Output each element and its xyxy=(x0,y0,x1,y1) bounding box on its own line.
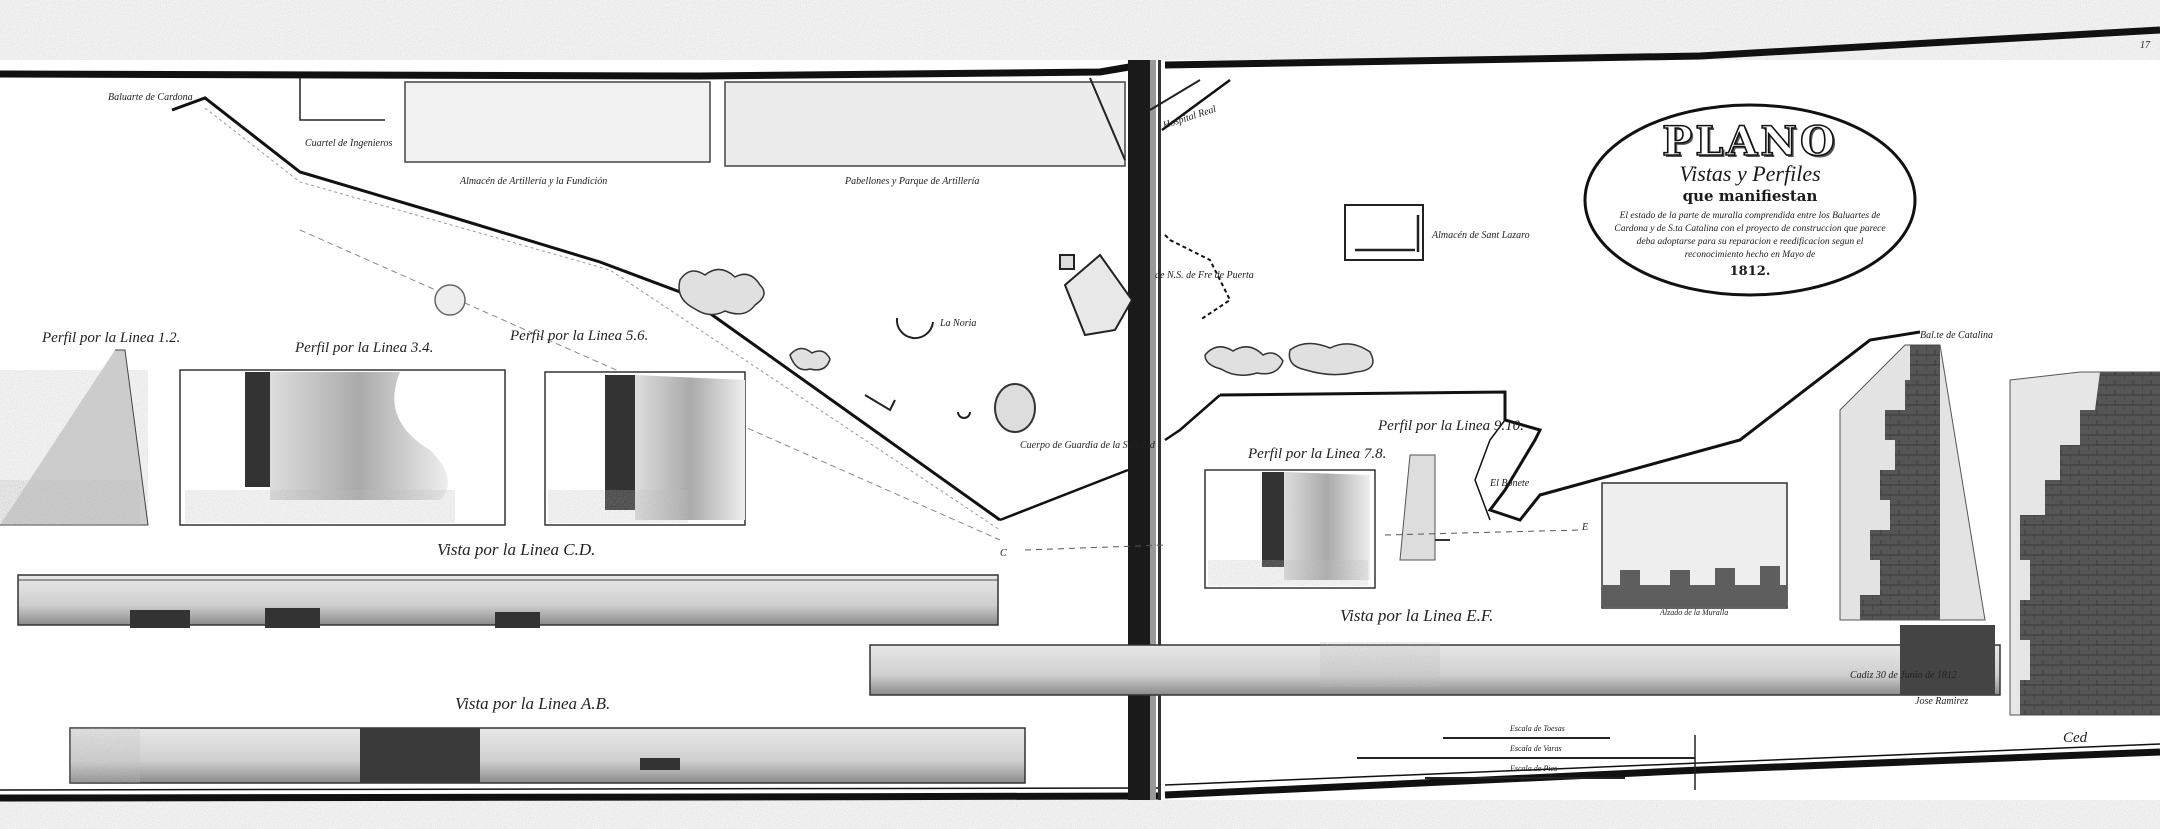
left-buildings xyxy=(300,78,1200,166)
profile-1-2 xyxy=(0,350,148,525)
title-subtitle: Vistas y Perfiles xyxy=(1585,162,1915,186)
label-cuerpo-guardia: Cuerpo de Guardia de la Soledad xyxy=(1020,440,1155,451)
title-cartouche: PLANO Vistas y Perfiles que manifiestan … xyxy=(1585,112,1915,292)
label-cuartel-ingenieros: Cuartel de Ingenieros xyxy=(305,138,392,149)
label-almacen: Almacén de Sant Lazaro xyxy=(1432,230,1530,241)
profile-sections-left xyxy=(0,350,745,525)
view-ab-elevation xyxy=(70,728,1025,783)
bastion-profile-2 xyxy=(2010,372,2160,715)
view-cd-elevation xyxy=(18,575,998,628)
label-pabellones: Pabellones y Parque de Artillería xyxy=(845,176,979,187)
signature-mark: Ced xyxy=(2063,730,2087,747)
view-label-ab: Vista por la Linea A.B. xyxy=(455,694,610,714)
profile-5-6 xyxy=(545,372,745,525)
label-baluarte-catalina: Bal.te de Catalina xyxy=(1920,330,1993,341)
profile-label-3-4: Perfil por la Linea 3.4. xyxy=(295,340,433,357)
title-main: PLANO xyxy=(1585,122,1915,162)
view-label-cd: Vista por la Linea C.D. xyxy=(437,540,595,560)
signature-name: Jose Ramirez xyxy=(1915,696,1968,707)
profile-label-7-8: Perfil por la Linea 7.8. xyxy=(1248,446,1386,463)
scale-label-toesas: Escala de Toesas xyxy=(1510,724,1565,733)
profile-label-5-6: Perfil por la Linea 5.6. xyxy=(510,328,648,345)
elevation-caption: Alzado de la Muralla xyxy=(1660,608,1728,617)
almacen-building xyxy=(1345,205,1423,260)
marker-e: E xyxy=(1582,522,1588,533)
profile-7-8 xyxy=(1205,470,1375,588)
profile-label-9-10: Perfil por la Linea 9.10. xyxy=(1378,418,1524,435)
view-label-ef: Vista por la Linea E.F. xyxy=(1340,606,1493,626)
title-description: El estado de la parte de muralla compren… xyxy=(1585,206,1915,262)
label-baluarte-cardona: Baluarte de Cardona xyxy=(108,92,193,103)
crenellated-elevation xyxy=(1602,483,1787,608)
profile-label-1-2: Perfil por la Linea 1.2. xyxy=(42,330,180,347)
label-el-bonete: El Bonete xyxy=(1490,478,1529,489)
label-noria: La Noria xyxy=(940,318,976,329)
scale-label-varas: Escala de Varas xyxy=(1510,744,1562,753)
title-year: 1812. xyxy=(1585,264,1915,279)
page-number: 17 xyxy=(2140,40,2150,51)
scale-label-pies: Escala de Pies xyxy=(1510,764,1557,773)
bottom-margin-grain xyxy=(0,800,2160,829)
title-subtitle-2: que manifiestan xyxy=(1585,186,1915,206)
signature-place-date: Cadiz 30 de Junio de 1812 xyxy=(1850,670,1957,681)
profile-3-4 xyxy=(180,370,505,525)
marker-c: C xyxy=(1000,548,1007,559)
label-parque-artilleria: Almacén de Artillería y la Fundición xyxy=(460,176,607,187)
label-puerta: de N.S. de Fre de Puerta xyxy=(1155,270,1254,281)
